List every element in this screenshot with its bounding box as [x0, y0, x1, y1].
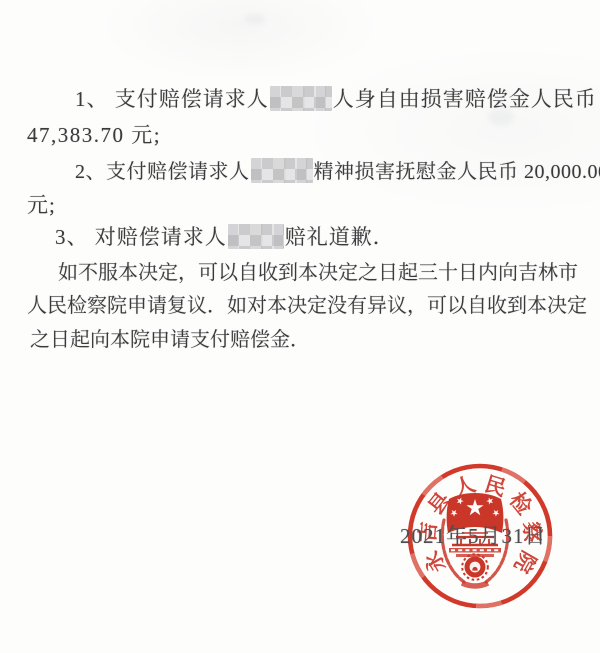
text-run: 精神损害抚慰金人民币 20,000.00: [314, 161, 600, 183]
line-appeal-3: 之日起向本院申请支付赔偿金．: [30, 327, 310, 353]
seal-date: 2021年5月31日: [400, 520, 570, 550]
official-seal: 永吉县人民检察院 2021年5月31日: [388, 444, 572, 628]
text-run: 如不服本决定，可以自收到本决定之日起三十日内向吉林市: [58, 262, 578, 284]
line-item-1: 1、 支付赔偿请求人人身自由损害赔偿金人民币: [75, 86, 597, 112]
text-run: 2、支付赔偿请求人: [75, 161, 250, 183]
line-appeal-1: 如不服本决定，可以自收到本决定之日起三十日内向吉林市: [58, 260, 578, 286]
seal-ring-char: 检: [505, 488, 537, 519]
seal-ring-char: 院: [509, 547, 540, 577]
redacted-name-block: [270, 86, 332, 111]
line-item-2-amount: 元;: [27, 192, 56, 218]
text-run: 3、 对赔偿请求人: [55, 225, 227, 249]
text-run: 元;: [27, 193, 56, 217]
text-run: 之日起向本院申请支付赔偿金．: [30, 329, 310, 351]
scanned-document-page: 1、 支付赔偿请求人人身自由损害赔偿金人民币47,383.70 元;2、支付赔偿…: [0, 0, 600, 653]
text-run: 赔礼道歉．: [285, 225, 395, 249]
line-appeal-2: 人民检察院申请复议．如对本决定没有异议，可以自收到本决定: [27, 293, 587, 319]
emblem-ribbon: [462, 583, 488, 586]
redacted-name-block: [251, 158, 313, 183]
text-run: 47,383.70 元;: [27, 123, 161, 147]
line-item-3: 3、 对赔偿请求人赔礼道歉．: [55, 224, 395, 250]
text-run: 人身自由损害赔偿金人民币: [333, 87, 597, 111]
text-run: 人民检察院申请复议．如对本决定没有异议，可以自收到本决定: [27, 295, 587, 317]
line-item-1-amount: 47,383.70 元;: [27, 122, 161, 148]
redacted-name-block: [228, 224, 284, 249]
line-item-2: 2、支付赔偿请求人精神损害抚慰金人民币 20,000.00: [75, 158, 600, 185]
text-run: 1、 支付赔偿请求人: [75, 87, 269, 111]
